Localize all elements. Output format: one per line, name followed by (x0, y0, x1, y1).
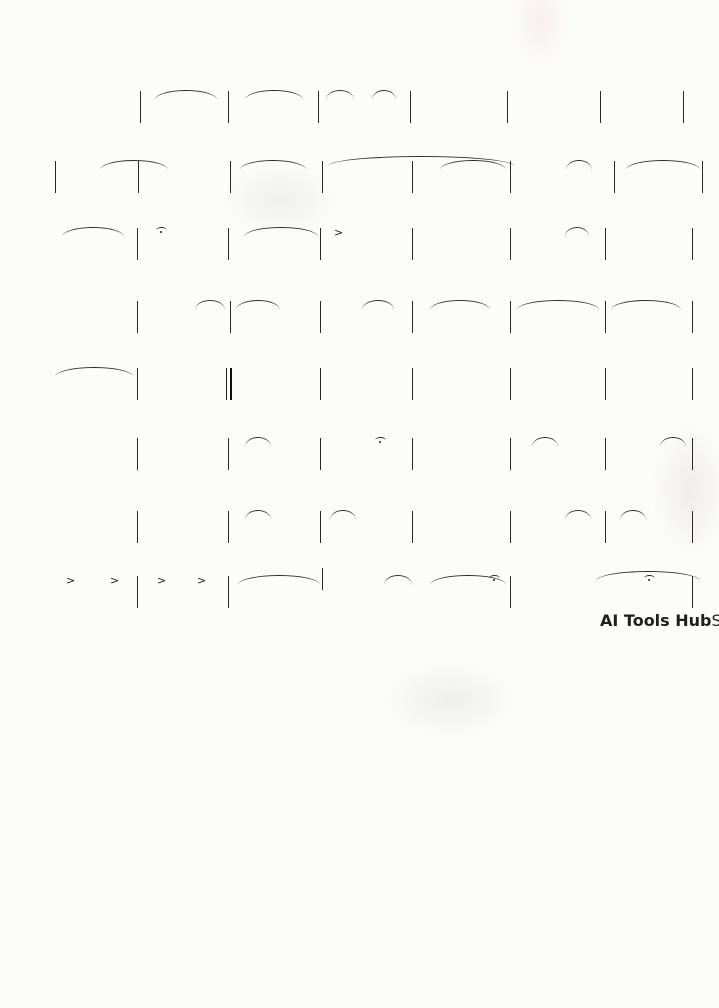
bar-line (412, 368, 413, 400)
bar-line (605, 228, 606, 260)
score-row-6 (0, 442, 719, 470)
slur (565, 227, 589, 237)
bar-line (55, 161, 56, 193)
slur (100, 160, 168, 170)
bar-line (137, 368, 138, 400)
slur (236, 300, 280, 310)
bar-line (510, 576, 511, 608)
bar-line (614, 161, 615, 193)
bar-line (228, 576, 229, 608)
slur (244, 227, 318, 237)
score-row-4 (0, 305, 719, 333)
bar-line (692, 368, 693, 400)
bar-line (137, 511, 138, 543)
bar-line (228, 228, 229, 260)
bar-line (692, 228, 693, 260)
slur (195, 300, 225, 310)
bar-line (692, 438, 693, 470)
slur (245, 510, 271, 520)
bar-line (320, 511, 321, 543)
lyrics-row-7 (0, 547, 719, 569)
bar-line (412, 301, 413, 333)
bar-line (412, 511, 413, 543)
bar-line (692, 511, 693, 543)
slur (517, 300, 599, 310)
bar-line (605, 438, 606, 470)
slur (532, 437, 558, 447)
bar-line (410, 91, 411, 123)
bar-line (510, 368, 511, 400)
slur (55, 367, 133, 377)
bar-line (137, 576, 138, 608)
lyrics-row-6 (0, 476, 719, 498)
score-row-1 (0, 95, 719, 123)
slur (155, 90, 217, 100)
bar-line (320, 368, 321, 400)
lyrics-row-4 (0, 334, 719, 356)
bar-line (692, 301, 693, 333)
bar-line (137, 228, 138, 260)
slur (240, 160, 306, 170)
bar-line (600, 91, 601, 123)
score-row-3 (0, 232, 719, 260)
bar-line (318, 91, 319, 123)
score-row-5 (0, 372, 719, 400)
slur (611, 300, 681, 310)
bar-line (228, 511, 229, 543)
lyrics-row-1 (0, 124, 719, 146)
slur (660, 437, 686, 447)
slur (566, 160, 592, 170)
bar-line (683, 91, 684, 123)
slur (62, 227, 124, 237)
bar-line (510, 228, 511, 260)
slur (372, 90, 396, 100)
bar-line (230, 301, 231, 333)
slur (245, 90, 303, 100)
slur (330, 510, 356, 520)
score-row-7 (0, 515, 719, 543)
bar-line (320, 301, 321, 333)
bar-line (137, 438, 138, 470)
lyrics-row-5 (0, 402, 719, 424)
bar-line (510, 438, 511, 470)
slur (430, 300, 490, 310)
slur (326, 90, 354, 100)
slur (238, 575, 320, 585)
score-row-2 (0, 165, 719, 193)
bar-line (412, 438, 413, 470)
lyrics-row-2 (0, 193, 719, 215)
bar-line (137, 301, 138, 333)
bar-line (605, 301, 606, 333)
bar-line (605, 511, 606, 543)
bar-line (140, 91, 141, 123)
slur (565, 510, 591, 520)
bar-line (322, 161, 323, 193)
bar-line (702, 161, 703, 193)
slur (384, 575, 412, 585)
bar-line (228, 91, 229, 123)
slur (626, 160, 700, 170)
slur (245, 437, 271, 447)
bar-line (510, 511, 511, 543)
bar-line (228, 438, 229, 470)
bar-line (320, 228, 321, 260)
bar-line (320, 438, 321, 470)
slur (620, 510, 646, 520)
bar-line (605, 368, 606, 400)
slur (362, 300, 394, 310)
bar-line (507, 91, 508, 123)
score-row-8 (0, 580, 719, 608)
slur (596, 571, 700, 581)
bar-line (322, 568, 323, 590)
double-bar-line (226, 368, 232, 400)
lyric: AI Tools HubStart Chatting Free AI Image… (600, 611, 719, 631)
bar-line (510, 301, 511, 333)
lyrics-row-8: AI Tools HubStart Chatting Free AI Image… (0, 611, 719, 633)
bar-line (412, 228, 413, 260)
bar-line (230, 161, 231, 193)
lyrics-row-3 (0, 261, 719, 283)
